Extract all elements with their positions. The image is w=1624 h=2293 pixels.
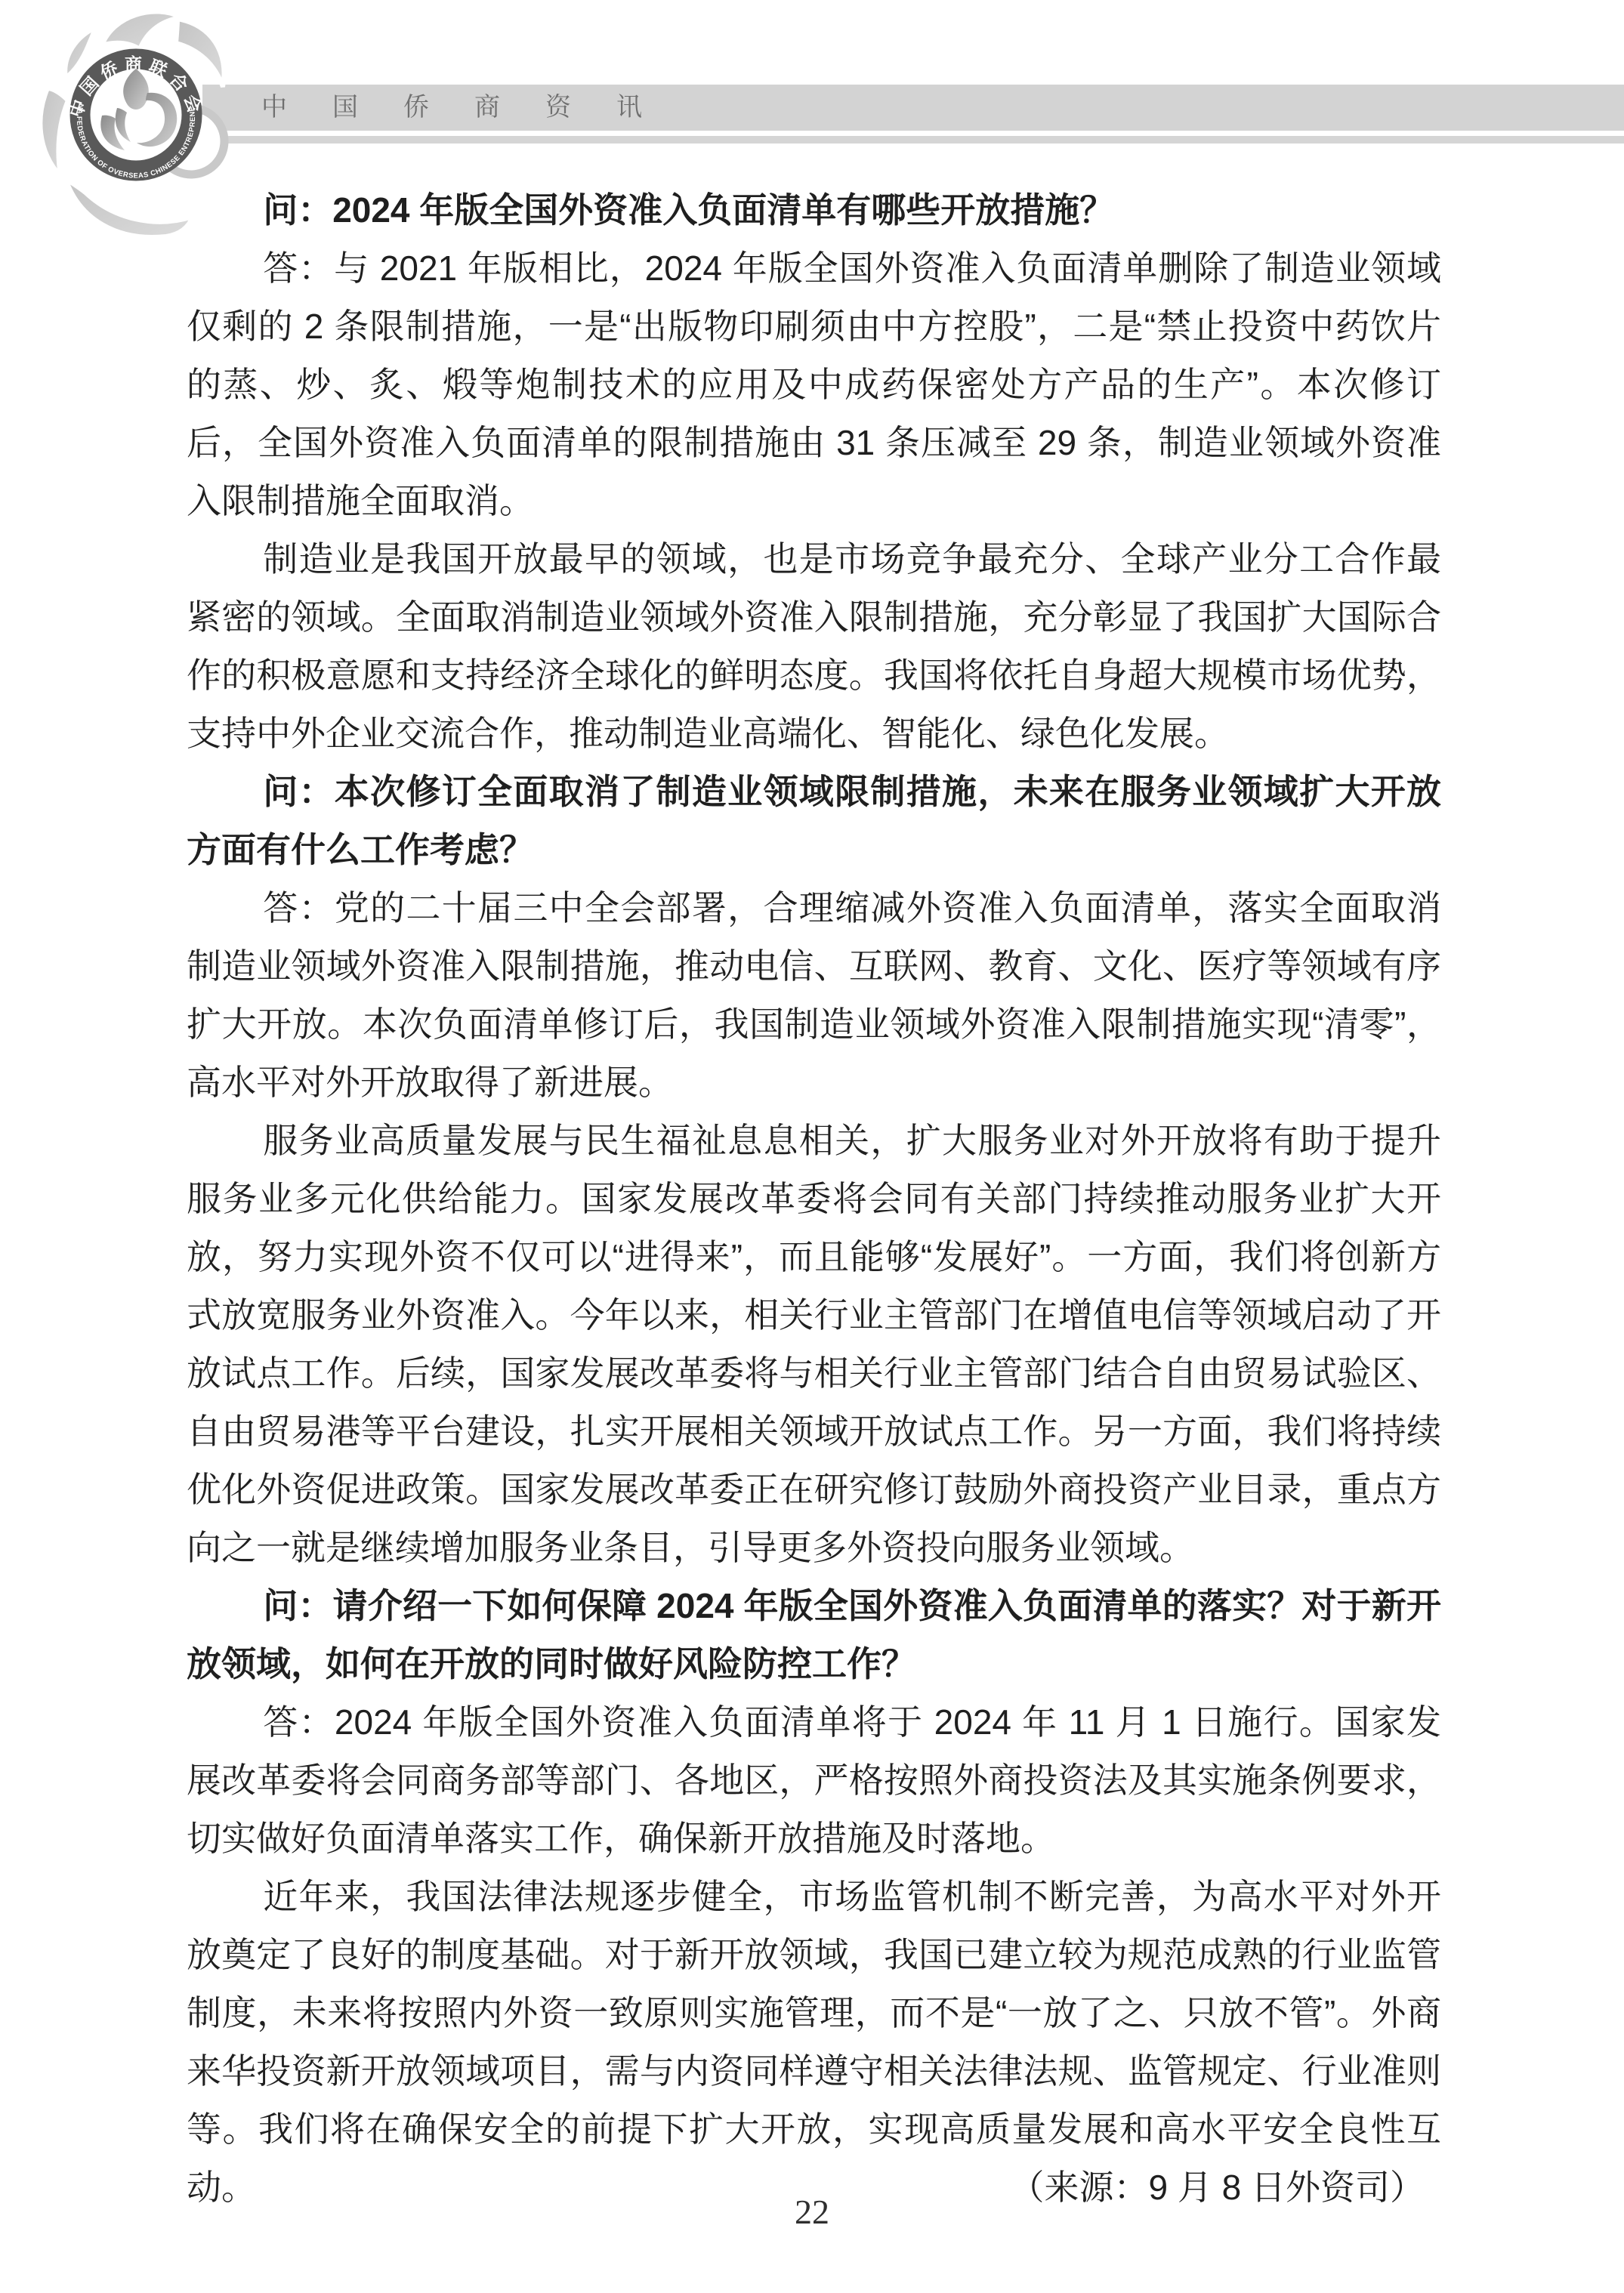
header-banner-thin-bar (202, 136, 1624, 144)
article-answer-paragraph: 答：党的二十届三中全会部署，合理缩减外资准入负面清单，落实全面取消制造业领域外资… (187, 879, 1441, 1112)
article-question-paragraph: 问：请介绍一下如何保障 2024 年版全国外资准入负面清单的落实？对于新开放领域… (187, 1577, 1441, 1693)
article-question-paragraph: 问：本次修订全面取消了制造业领域限制措施，未来在服务业领域扩大开放方面有什么工作… (187, 763, 1441, 879)
page-number: 22 (0, 2192, 1624, 2232)
article-answer-paragraph: 服务业高质量发展与民生福祉息息相关，扩大服务业对外开放将有助于提升服务业多元化供… (187, 1112, 1441, 1577)
banner-title: 中国侨商资讯 (261, 85, 687, 131)
article-body: 问：2024 年版全国外资准入负面清单有哪些开放措施？答：与 2021 年版相比… (187, 181, 1441, 2217)
article-answer-paragraph: 制造业是我国开放最早的领域，也是市场竞争最充分、全球产业分工合作最紧密的领域。全… (187, 530, 1441, 763)
article-answer-paragraph: 答：2024 年版全国外资准入负面清单将于 2024 年 11 月 1 日施行。… (187, 1693, 1441, 1868)
page-root: { "header": { "banner_title": "中国侨商资讯", … (0, 0, 1624, 2293)
article-answer-paragraph: 答：与 2021 年版相比，2024 年版全国外资准入负面清单删除了制造业领域仅… (187, 239, 1441, 530)
article-question-paragraph: 问：2024 年版全国外资准入负面清单有哪些开放措施？ (187, 181, 1441, 239)
